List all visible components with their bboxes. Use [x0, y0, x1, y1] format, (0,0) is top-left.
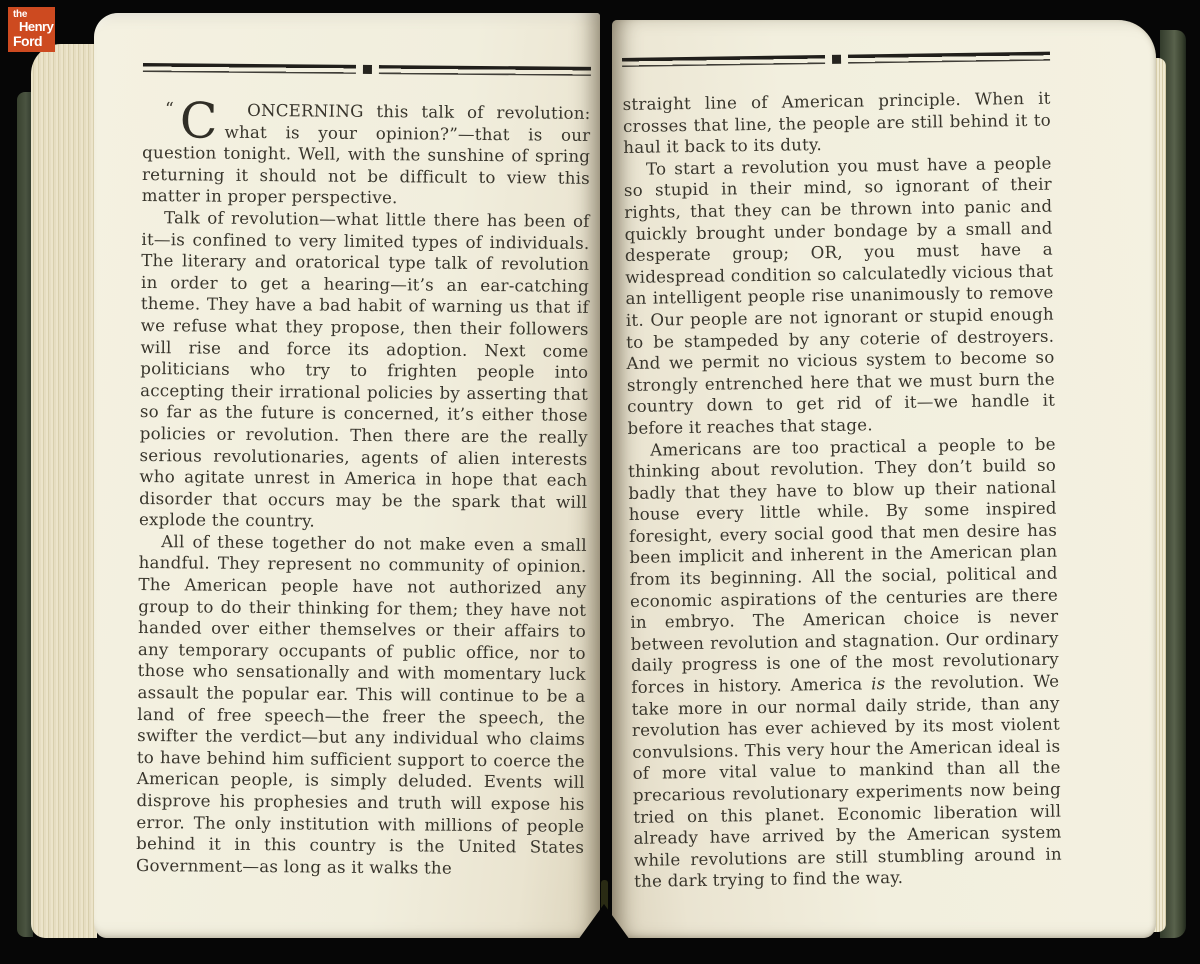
headpiece-ornament-square: [831, 55, 840, 64]
right-page-text-column: straight line of American principle. Whe…: [622, 52, 1062, 893]
henry-ford-logo: the Henry Ford: [8, 7, 55, 52]
paragraph-text: Americans are too practical a people to …: [628, 434, 1059, 697]
paragraph: “ C ONCERNING this talk of revolution: w…: [142, 99, 591, 211]
headpiece-line: [622, 55, 825, 67]
opening-quote: “: [142, 99, 174, 121]
paragraph: To start a revolution you must have a pe…: [623, 152, 1055, 439]
paragraph: Americans are too practical a people to …: [628, 433, 1063, 893]
headpiece-line: [143, 63, 356, 74]
headpiece-line: [847, 52, 1050, 64]
paragraph: straight line of American principle. Whe…: [623, 88, 1052, 159]
paragraph: Talk of revolution—what little there has…: [139, 207, 590, 535]
left-page: “ C ONCERNING this talk of revolution: w…: [94, 13, 600, 938]
headpiece-ornament-square: [362, 65, 371, 74]
photo-backdrop: the Henry Ford “ C ONCERNING this talk o…: [0, 0, 1200, 964]
left-page-text-column: “ C ONCERNING this talk of revolution: w…: [136, 63, 591, 880]
right-page: straight line of American principle. Whe…: [612, 20, 1156, 938]
paragraph-text: the revolution. We take more in our norm…: [632, 672, 1062, 892]
paragraph: All of these together do not make even a…: [136, 531, 587, 880]
headpiece-rule-left: [143, 63, 591, 77]
italic-word: is: [871, 674, 886, 693]
logo-word-ford: Ford: [13, 34, 42, 48]
page-fore-edge-left: [31, 44, 97, 938]
logo-word-henry: Henry: [19, 20, 53, 33]
gutter-bottom-notch: [578, 904, 630, 940]
headpiece-line: [378, 65, 591, 76]
headpiece-rule-right: [622, 52, 1050, 68]
